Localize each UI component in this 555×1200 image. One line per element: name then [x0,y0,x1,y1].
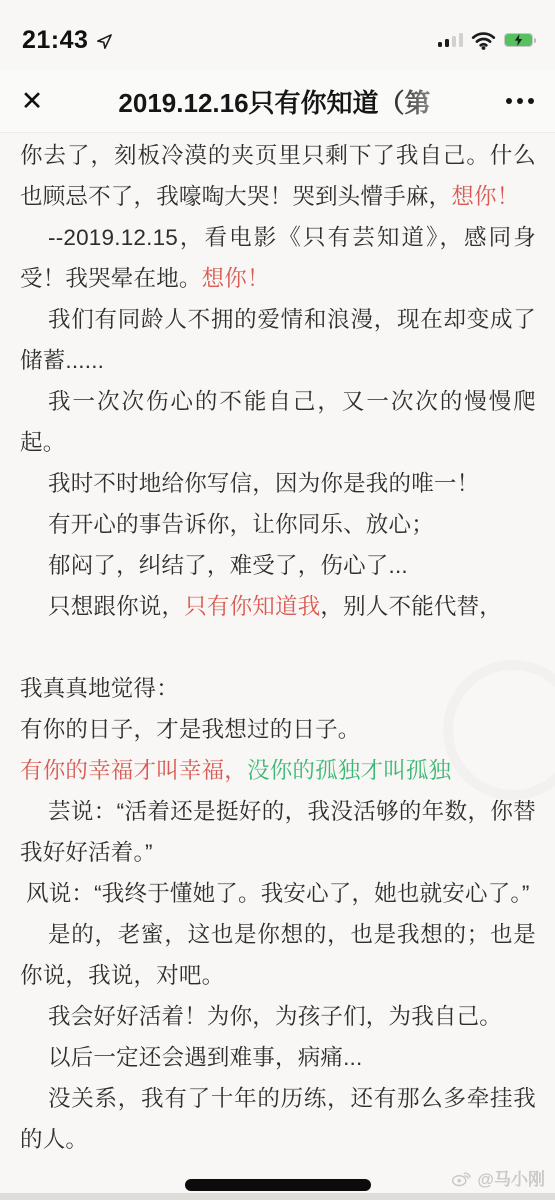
text-segment: 我会好好活着！为你，为孩子们，为我自己。 [48,1004,502,1029]
paragraph: 我们有同龄人不拥的爱情和浪漫，现在却变成了储蓄...... [20,299,536,381]
nav-bar: ✕ 2019.12.16只有你知道（第 [0,70,555,132]
more-menu-button[interactable] [485,70,555,132]
blank-line [20,627,536,668]
screenshot-bottom-edge [0,1193,555,1200]
paragraph: 我时不时地给你写信，因为你是我的唯一！ [20,463,536,504]
red-highlight-text: 想你！ [451,184,519,209]
text-segment: 是的，老蜜，这也是你想的，也是我想的；也是你说，我说，对吧。 [20,922,536,988]
text-segment: 以后一定还会遇到难事，病痛... [48,1045,362,1070]
paragraph: 只想跟你说，只有你知道我，别人不能代替， [20,586,536,627]
status-bar: 21:43 [0,0,555,70]
green-highlight-text: 没你的孤独才叫孤独 [247,758,451,783]
close-button[interactable]: ✕ [0,70,64,132]
paragraph: --2019.12.15，看电影《只有芸知道》，感同身受！我哭晕在地。想你！ [20,217,536,299]
text-segment: 我们有同龄人不拥的爱情和浪漫，现在却变成了储蓄...... [20,307,536,373]
watermark-handle: @马小刚 [477,1165,545,1190]
page-title: 2019.12.16只有你知道（第 [64,83,485,120]
weibo-watermark: @马小刚 [451,1165,545,1190]
red-highlight-text: 只有你知道我 [184,594,320,619]
paragraph: 是的，老蜜，这也是你想的，也是我想的；也是你说，我说，对吧。 [20,914,536,996]
paragraph: 以后一定还会遇到难事，病痛... [20,1037,536,1078]
location-arrow-icon [96,31,113,50]
paragraph: 郁闷了，纠结了，难受了，伤心了... [20,545,536,586]
text-segment: 只想跟你说， [48,594,184,619]
ellipsis-icon [506,98,512,104]
text-segment: 我真真地觉得： [20,676,179,701]
paragraph: 我会好好活着！为你，为孩子们，为我自己。 [20,996,536,1037]
text-segment: 我时不时地给你写信，因为你是我的唯一！ [48,471,479,496]
text-segment: ，别人不能代替， [320,594,502,619]
paragraph: 没关系，我有了十年的历练，还有那么多牵挂我的人。 [20,1078,536,1160]
article-body: 你去了，刻板冷漠的夹页里只剩下了我自己。什么也顾忌不了，我嚎啕大哭！哭到头懵手麻… [0,132,555,1200]
paragraph: 有你的日子，才是我想过的日子。 [20,709,536,750]
text-segment: 郁闷了，纠结了，难受了，伤心了... [48,553,408,578]
text-segment: 芸说：“活着还是挺好的，我没活够的年数，你替我好好活着。” [20,799,536,865]
text-segment: 我一次次伤心的不能自己，又一次次的慢慢爬起。 [20,389,536,455]
text-segment: --2019.12.15，看电影《只有芸知道》，感同身受！我哭晕在地。 [20,225,536,291]
paragraph: 你去了，刻板冷漠的夹页里只剩下了我自己。什么也顾忌不了，我嚎啕大哭！哭到头懵手麻… [20,135,536,217]
weibo-icon [451,1169,473,1187]
battery-charging-icon [504,33,533,47]
wifi-icon [471,31,496,50]
text-segment: 有开心的事告诉你，让你同乐、放心； [48,512,434,537]
clock: 21:43 [22,26,88,55]
paragraph: 有开心的事告诉你，让你同乐、放心； [20,504,536,545]
text-segment: 风说：“我终于懂她了。我安心了，她也就安心了。” [26,881,530,906]
paragraph: 风说：“我终于懂她了。我安心了，她也就安心了。” [20,873,536,914]
red-highlight-text: 有你的幸福才叫幸福， [20,758,247,783]
paragraph: 芸说：“活着还是挺好的，我没活够的年数，你替我好好活着。” [20,791,536,873]
paragraph: 有你的幸福才叫幸福，没你的孤独才叫孤独 [20,750,536,791]
red-highlight-text: 想你！ [202,266,270,291]
paragraph: 我真真地觉得： [20,668,536,709]
text-segment: 没关系，我有了十年的历练，还有那么多牵挂我的人。 [20,1086,536,1152]
phone-screen: 21:43 [0,0,555,1200]
paragraph: 我一次次伤心的不能自己，又一次次的慢慢爬起。 [20,381,536,463]
cellular-signal-icon [438,33,464,47]
text-segment: 有你的日子，才是我想过的日子。 [20,717,361,742]
home-indicator[interactable] [185,1179,371,1191]
